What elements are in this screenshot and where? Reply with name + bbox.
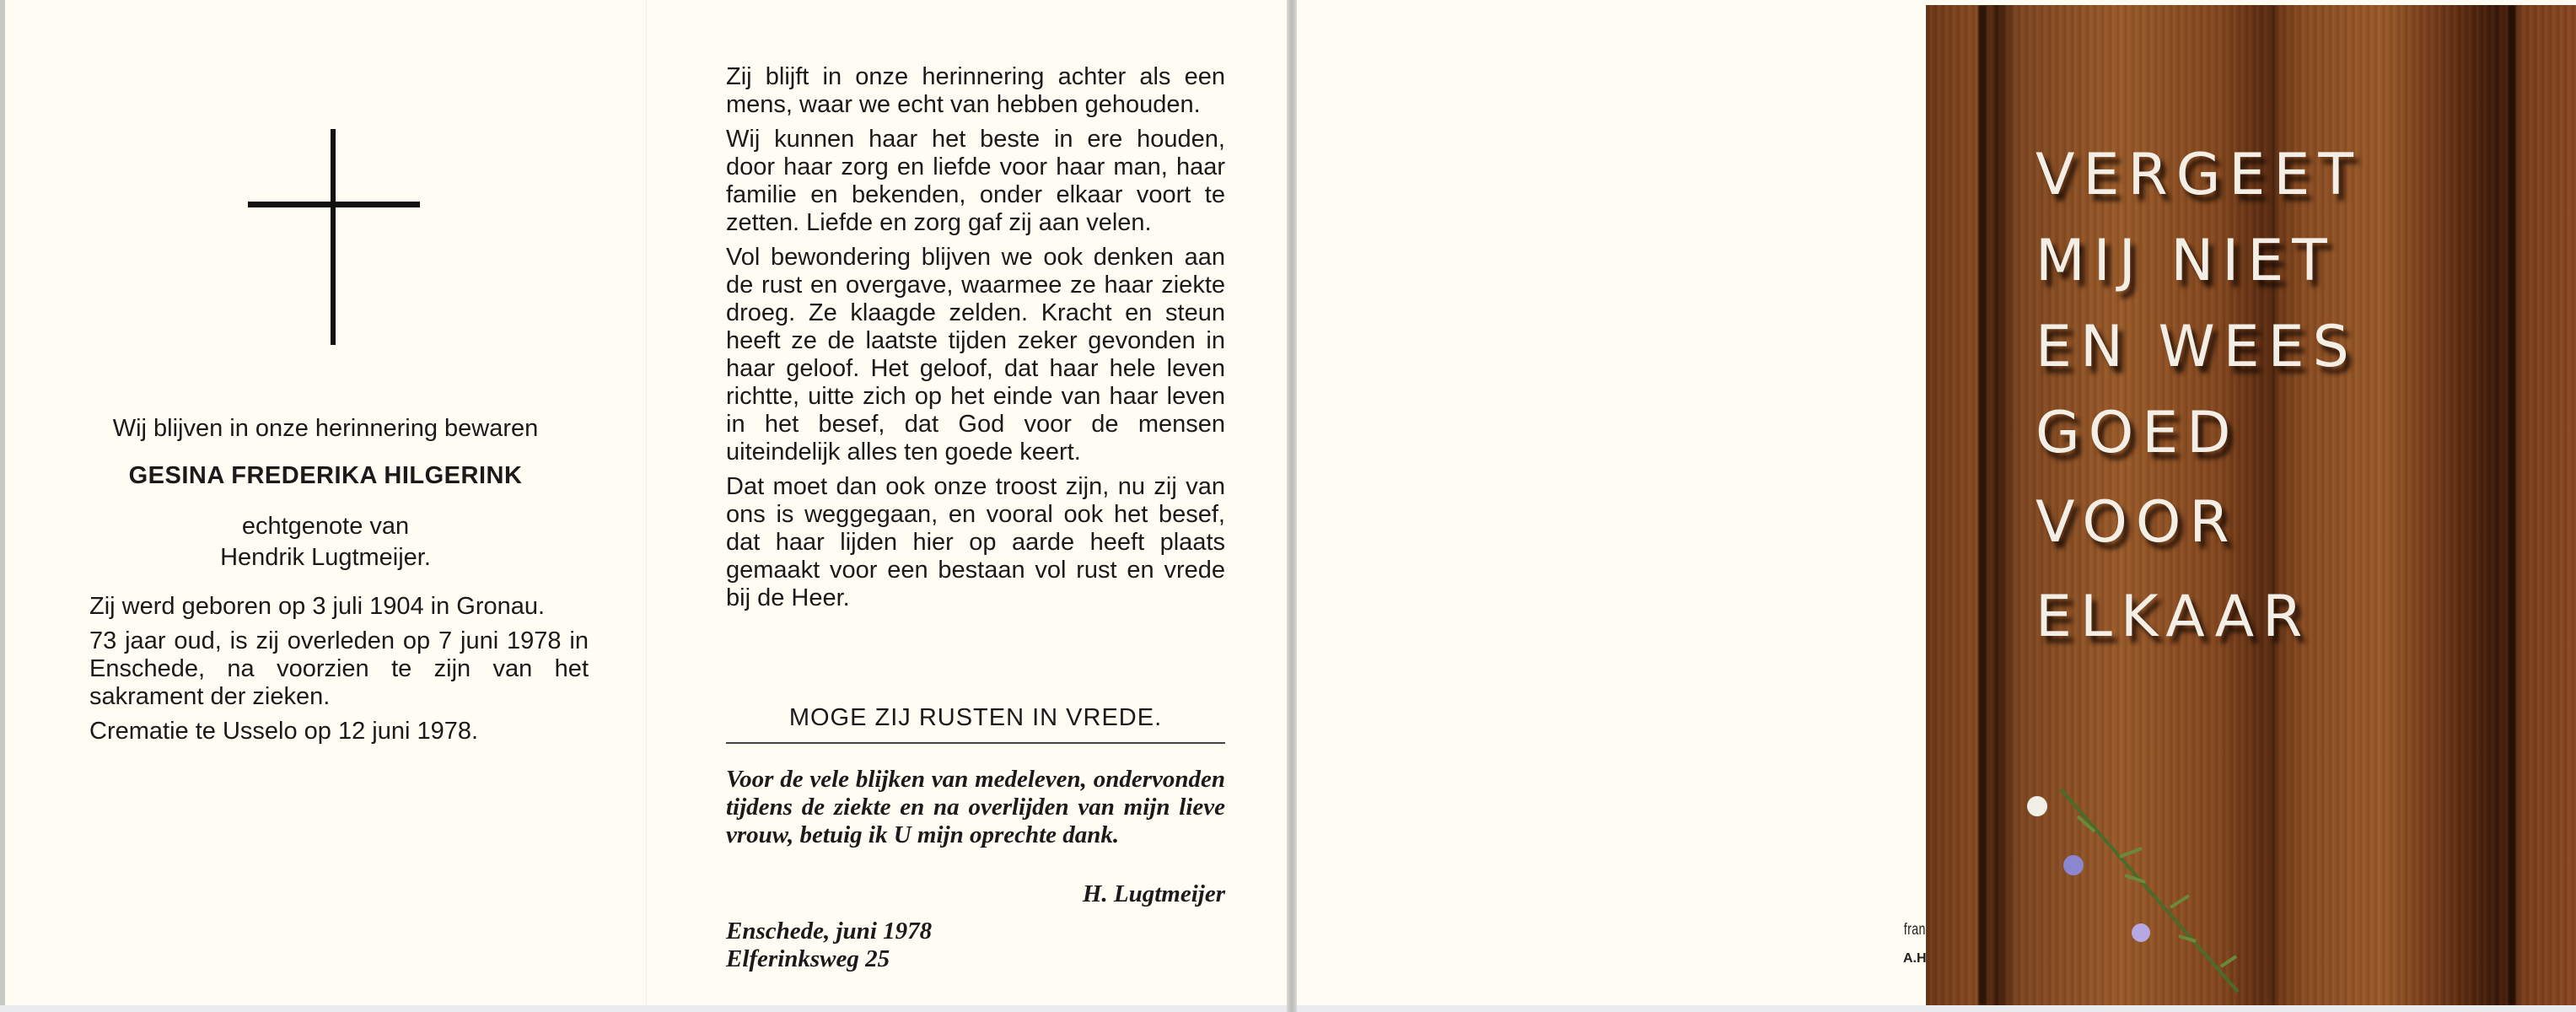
divider-rule — [726, 742, 1225, 744]
life-details: Zij werd geboren op 3 juli 1904 in Grona… — [89, 593, 589, 752]
remembrance-paragraph: Zij blijft in onze herinnering achter al… — [726, 63, 1225, 119]
deceased-name: GESINA FREDERIKA HILGERINK — [5, 462, 646, 490]
cremation-paragraph: Crematie te Usselo op 12 juni 1978. — [89, 718, 589, 746]
cover-line: GOED — [2036, 405, 2240, 462]
thanks-text: Voor de vele blijken van medeleven, onde… — [726, 766, 1225, 849]
cover-line: MIJ NIET — [2036, 233, 2336, 290]
panel-announcement: Wij blijven in onze herinnering bewaren … — [5, 0, 646, 1005]
relation-line-1: echtgenote van — [5, 513, 646, 541]
signature: H. Lugtmeijer — [726, 880, 1225, 908]
cross-horizontal-bar — [248, 202, 420, 207]
remembrance-text: Zij blijft in onze herinnering achter al… — [726, 63, 1225, 619]
address: Elferinksweg 25 — [726, 945, 1225, 973]
panel-remembrance: Zij blijft in onze herinnering achter al… — [646, 0, 1292, 1005]
cover-line: VERGEET — [2036, 147, 2362, 204]
remembrance-paragraph: Wij kunnen haar het beste in ere houden,… — [726, 126, 1225, 237]
memorial-card-inside: Wij blijven in onze herinnering bewaren … — [0, 0, 1287, 1005]
cover-line: VOOR — [2036, 494, 2238, 552]
place-date: Enschede, juni 1978 — [726, 918, 1225, 945]
cover-line: EN WEES — [2036, 319, 2358, 376]
remembrance-paragraph: Vol bewondering blijven we ook denken aa… — [726, 244, 1225, 466]
scan-gutter — [1287, 0, 1297, 1012]
plank-seam — [2508, 5, 2516, 1005]
cross-vertical-bar — [331, 129, 336, 345]
cover-line: ELKAAR — [2036, 589, 2310, 646]
relation-line-2: Hendrik Lugtmeijer. — [5, 544, 646, 572]
intro-text: Wij blijven in onze herinnering bewaren — [5, 415, 646, 443]
birth-paragraph: Zij werd geboren op 3 juli 1904 in Grona… — [89, 593, 589, 621]
cover-photo-wood: VERGEET MIJ NIET EN WEES GOED VOOR ELKAA… — [1926, 5, 2576, 1005]
memorial-card-outside: franciscus 2 A.H.D. & V. VERGEET MIJ NIE… — [1297, 0, 2576, 1005]
remembrance-paragraph: Dat moet dan ook onze troost zijn, nu zi… — [726, 473, 1225, 612]
closing-prayer: MOGE ZIJ RUSTEN IN VREDE. — [726, 704, 1225, 732]
death-paragraph: 73 jaar oud, is zij overleden op 7 juni … — [89, 627, 589, 711]
plank-seam — [1978, 5, 1987, 1005]
